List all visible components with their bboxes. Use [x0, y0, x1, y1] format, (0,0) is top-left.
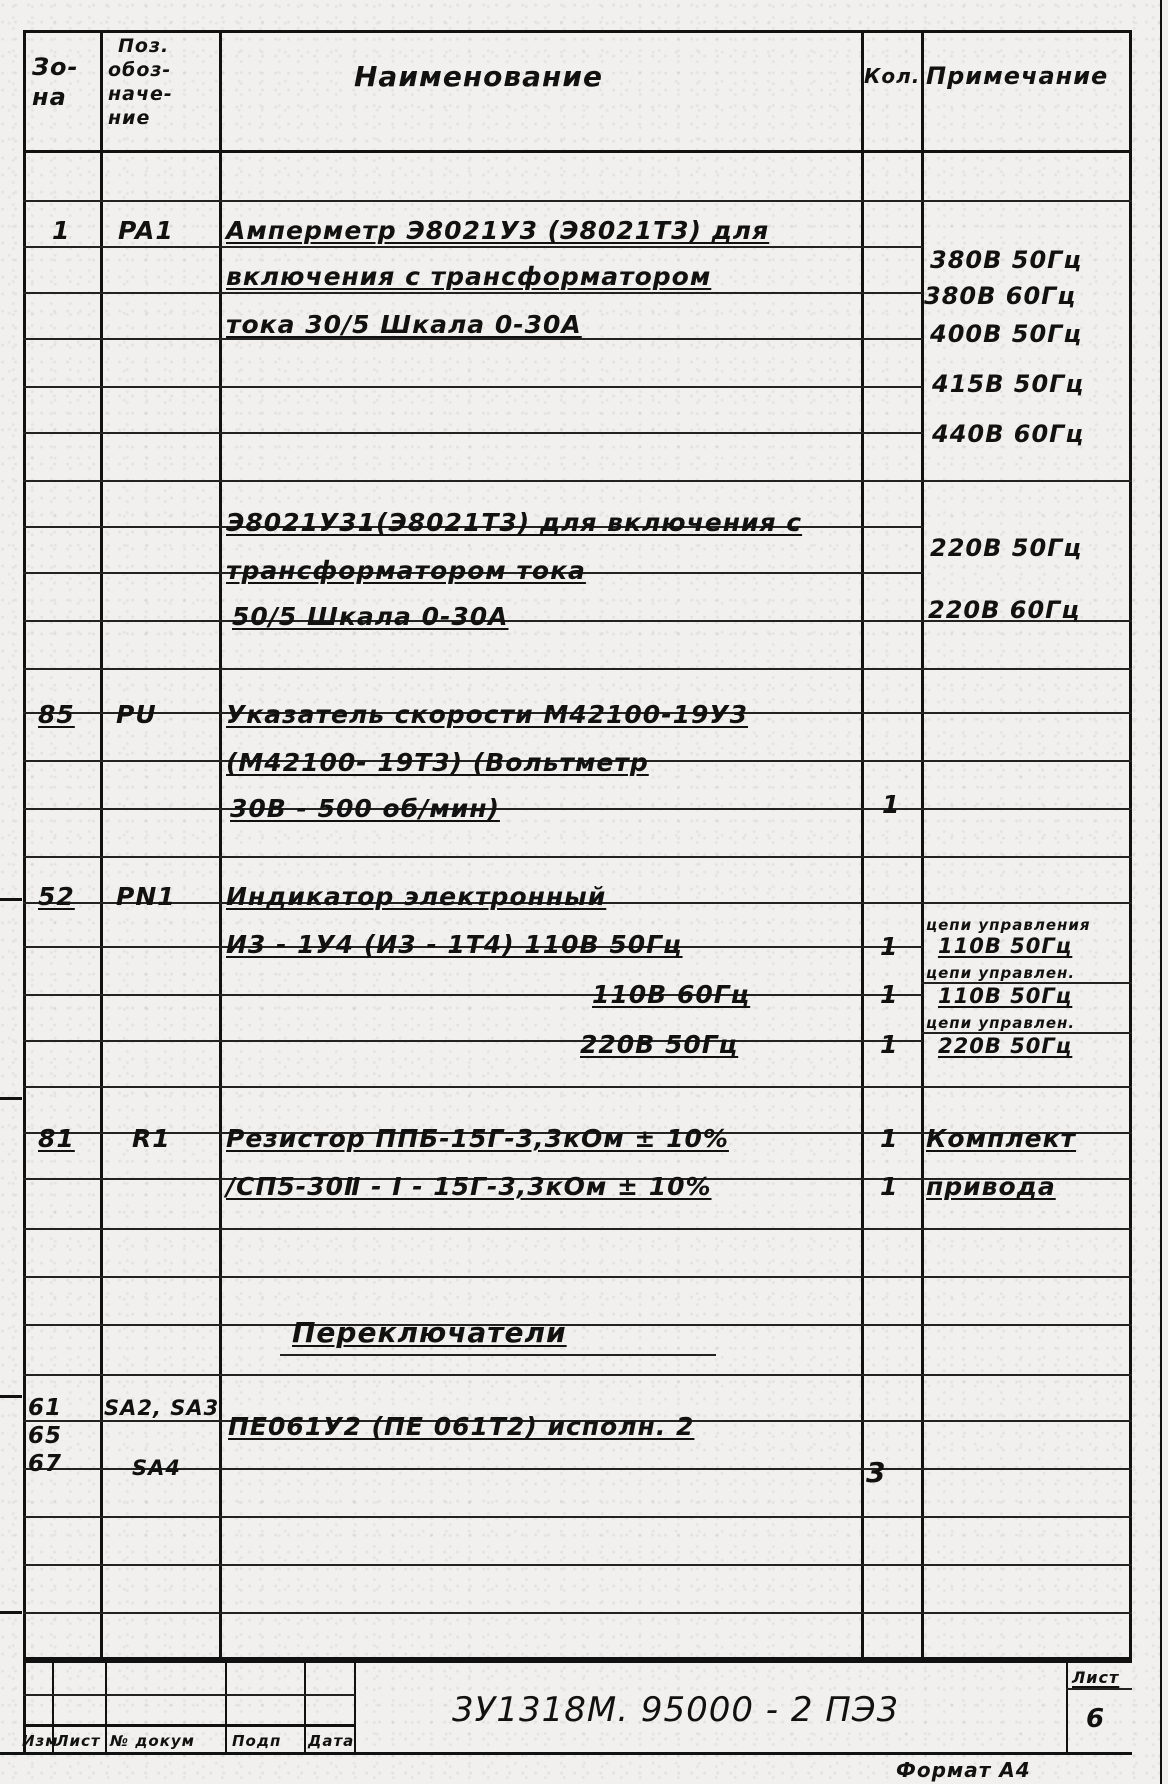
row-line — [921, 200, 1132, 202]
switch-zone: 67 — [28, 1450, 62, 1478]
tb-col-date: Дата — [308, 1732, 354, 1750]
item-note-label: цепи управлен. — [926, 1016, 1075, 1031]
item-name-line: Резистор ППБ-15Г-3,3кОм ± 10% — [226, 1124, 729, 1153]
item-zone: 52 — [38, 882, 75, 911]
title-block-row — [23, 1694, 355, 1696]
col-divider-qty — [921, 30, 924, 1660]
switch-zones: 61 65 67 — [28, 1394, 62, 1478]
item-name-line: Указатель скорости М42100-19У3 — [226, 700, 748, 729]
item-note: 400В 50Гц — [930, 320, 1082, 348]
binding-mark — [0, 1395, 22, 1398]
item-position: PN1 — [116, 882, 176, 911]
paper-format: Формат А4 — [896, 1758, 1031, 1782]
item-note: 380В 60Гц — [924, 282, 1076, 310]
row-line — [23, 1374, 923, 1376]
header-zone-line: Зо- — [32, 52, 79, 82]
item-name-line: 50/5 Шкала 0-30А — [232, 602, 509, 631]
item-note: Комплект — [926, 1124, 1076, 1153]
item-name-line: трансформатором тока — [226, 556, 586, 585]
row-line — [921, 1276, 1132, 1278]
row-line — [921, 1374, 1132, 1376]
row-line — [23, 994, 923, 996]
tb-col-izm: Изм — [22, 1732, 59, 1750]
row-line — [23, 1086, 923, 1088]
item-name-line: Э8021У31(Э8021Т3) для включения с — [226, 508, 802, 537]
page-border — [1160, 0, 1162, 1784]
item-note-value: 110В 50Гц — [938, 984, 1072, 1008]
switch-zone: 61 — [28, 1394, 62, 1422]
header-position-line: ние — [108, 106, 173, 130]
sheet-number: 6 — [1086, 1704, 1105, 1734]
switch-position: SA4 — [132, 1456, 181, 1480]
item-note-value: 110В 50Гц — [938, 934, 1072, 958]
row-line — [921, 1612, 1132, 1614]
title-block-col — [105, 1660, 107, 1754]
tb-col-sign: Подп — [232, 1732, 281, 1750]
item-name-line: (М42100- 19Т3) (Вольтметр — [226, 748, 649, 777]
header-note: Примечание — [926, 62, 1108, 90]
row-line — [23, 246, 923, 248]
tb-col-doc: № докум — [110, 1732, 195, 1750]
binding-mark — [0, 898, 22, 901]
switch-qty: 3 — [866, 1456, 886, 1489]
item-name-line: включения с трансформатором — [226, 262, 711, 291]
item-zone: 81 — [38, 1124, 75, 1153]
row-line — [23, 292, 923, 294]
header-divider — [23, 150, 1132, 153]
item-note-label: цепи управлен. — [926, 966, 1075, 981]
header-position-line: Поз. — [108, 34, 173, 58]
item-qty: 1 — [880, 932, 898, 961]
tb-col-list: Лист — [56, 1732, 101, 1750]
row-line — [921, 760, 1132, 762]
row-line — [921, 1086, 1132, 1088]
col-divider-pos — [219, 30, 222, 1660]
title-block-row — [23, 1724, 355, 1727]
col-divider-name — [861, 30, 864, 1660]
section-title: Переключатели — [292, 1316, 567, 1349]
row-line — [23, 1276, 923, 1278]
row-line — [23, 432, 923, 434]
row-line — [23, 200, 923, 202]
item-position: R1 — [132, 1124, 171, 1153]
item-name-line: 220В 50Гц — [580, 1030, 738, 1059]
item-note-label: цепи управления — [926, 918, 1091, 933]
item-qty: 1 — [880, 1030, 898, 1059]
item-qty: 1 — [880, 980, 898, 1009]
item-note: 415В 50Гц — [932, 370, 1084, 398]
row-line — [921, 712, 1132, 714]
row-line — [23, 1612, 923, 1614]
row-line — [23, 668, 923, 670]
item-note: 380В 50Гц — [930, 246, 1082, 274]
row-line — [23, 1516, 923, 1518]
row-line — [23, 1228, 923, 1230]
item-name-line: 30В - 500 об/мин) — [230, 794, 500, 823]
row-line — [23, 480, 923, 482]
item-note: привода — [926, 1172, 1056, 1201]
title-block-col — [1066, 1660, 1068, 1754]
row-line — [921, 668, 1132, 670]
title-block-top — [23, 1660, 1132, 1663]
row-line — [921, 1324, 1132, 1326]
row-line — [23, 1040, 923, 1042]
row-line — [921, 1228, 1132, 1230]
item-zone: 1 — [52, 216, 70, 245]
row-line — [921, 808, 1132, 810]
row-line — [23, 856, 923, 858]
item-qty: 1 — [880, 1124, 898, 1153]
item-name-line: И3 - 1У4 (И3 - 1Т4) 110В 50Гц — [226, 930, 683, 959]
section-title-underline — [280, 1354, 716, 1356]
item-note: 220В 50Гц — [930, 534, 1082, 562]
header-zone-line: на — [32, 82, 79, 112]
switch-position: SA2, SA3 — [104, 1396, 219, 1420]
header-position-line: обоз- — [108, 58, 173, 82]
title-block-col — [304, 1660, 306, 1754]
item-name-line: Амперметр Э8021У3 (Э8021Т3) для — [226, 216, 769, 245]
row-line — [921, 1516, 1132, 1518]
row-line — [921, 856, 1132, 858]
header-qty: Кол. — [864, 64, 920, 88]
row-line — [921, 1564, 1132, 1566]
row-line — [921, 902, 1132, 904]
header-position-line: наче- — [108, 82, 173, 106]
title-block-bottom — [0, 1752, 1132, 1755]
item-qty: 1 — [880, 1172, 898, 1201]
row-line — [921, 1420, 1132, 1422]
item-qty: 1 — [882, 790, 900, 819]
document-number: 3У1318М. 95000 - 2 ПЭ3 — [452, 1690, 899, 1730]
title-block-sheet-divider — [1066, 1688, 1132, 1690]
binding-mark — [0, 1097, 22, 1100]
item-note-value: 220В 50Гц — [938, 1034, 1072, 1058]
row-line — [23, 1564, 923, 1566]
item-zone: 85 — [38, 700, 75, 729]
title-block-col — [225, 1660, 227, 1754]
binding-mark — [0, 1611, 22, 1614]
col-divider-zone — [100, 30, 103, 1660]
item-name-line: /СП5-30Ⅱ - Ⅰ - 15Г-3,3кОм ± 10% — [226, 1172, 712, 1201]
sheet-label: Лист — [1072, 1668, 1119, 1687]
item-name-line: тока 30/5 Шкала 0-30А — [226, 310, 582, 339]
switch-zone: 65 — [28, 1422, 62, 1450]
header-zone: Зо- на — [32, 52, 79, 112]
item-name-line: 110В 60Гц — [592, 980, 750, 1009]
switch-name: ПЕ061У2 (ПЕ 061Т2) исполн. 2 — [228, 1412, 694, 1441]
item-position: PU — [116, 700, 157, 729]
header-position: Поз. обоз- наче- ние — [108, 34, 173, 130]
row-line — [921, 1468, 1132, 1470]
row-line — [921, 480, 1132, 482]
item-position: PA1 — [118, 216, 174, 245]
item-name-line: Индикатор электронный — [226, 882, 606, 911]
item-note: 220В 60Гц — [928, 596, 1080, 624]
header-name: Наименование — [354, 60, 603, 93]
row-line — [23, 386, 923, 388]
item-note: 440В 60Гц — [932, 420, 1084, 448]
